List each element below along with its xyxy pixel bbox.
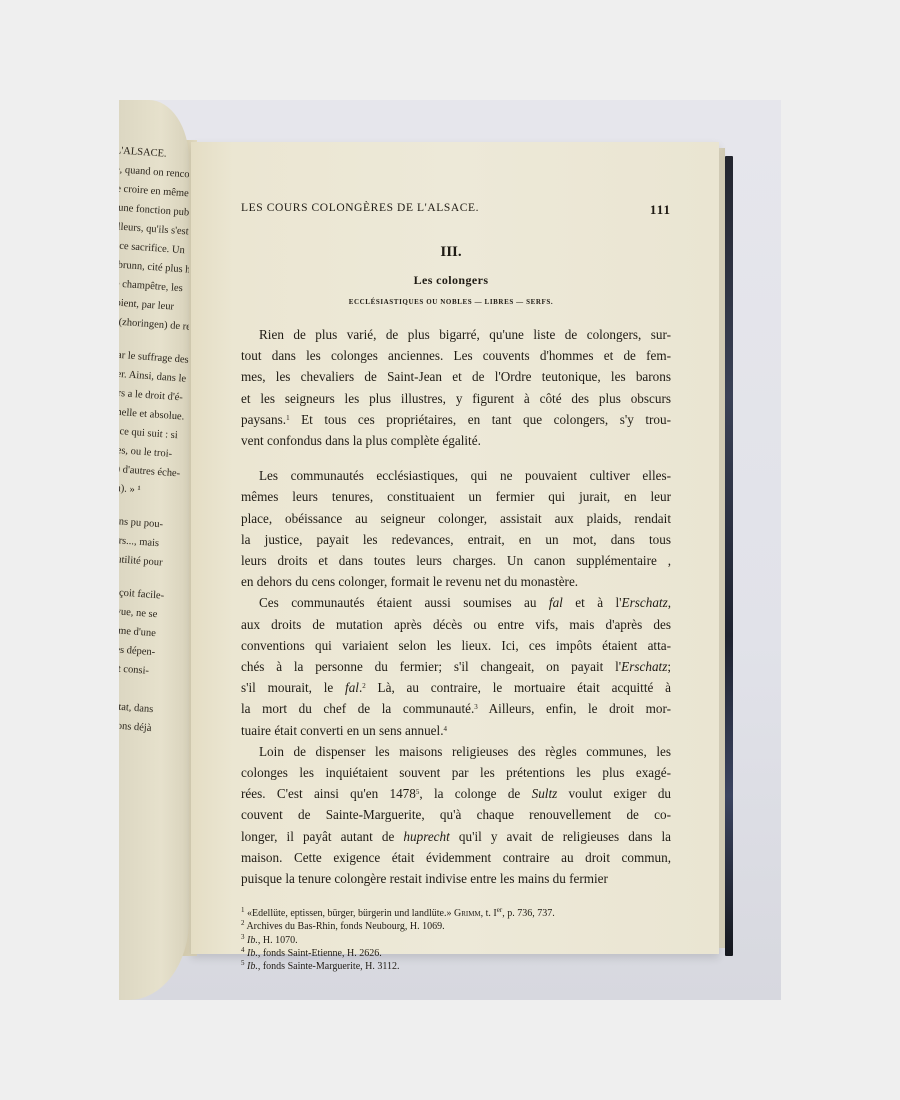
running-header: LES COURS COLONGÈRES DE L'ALSACE. 111 <box>241 202 671 218</box>
page-body: LES COURS COLONGÈRES DE L'ALSACE. 111 II… <box>241 202 671 973</box>
book-photo: DE L'ALSACE.tisme, quand on rencontre le… <box>119 100 781 1000</box>
text-line: conventions qui variaient selon les lieu… <box>241 635 671 656</box>
text-line: paysans.1 Et tous ces propriétaires, en … <box>241 409 671 430</box>
footnote: 4 Ib., fonds Saint-Etienne, H. 2626. <box>241 947 671 960</box>
text-line: colonges les inquiétaient souvent par le… <box>241 762 671 783</box>
paragraph: Ces communautés étaient aussi soumises a… <box>241 592 671 740</box>
page-number: 111 <box>650 202 671 218</box>
footnotes: 1 «Edellüte, eptissen, bürger, bürgerin … <box>241 907 671 973</box>
text-line: Les communautés ecclésiastiques, qui ne … <box>241 465 671 486</box>
footnote: 1 «Edellüte, eptissen, bürger, bürgerin … <box>241 907 671 920</box>
text-line: aux droits de mutation après décès ou en… <box>241 614 671 635</box>
section-title: Les colongers <box>241 273 671 288</box>
text-line: s'il mourait, le fal.2 Là, au contraire,… <box>241 677 671 698</box>
right-page: LES COURS COLONGÈRES DE L'ALSACE. 111 II… <box>191 142 719 954</box>
paragraph: Loin de dispenser les maisons religieuse… <box>241 741 671 889</box>
text-line: couvent de Sainte-Marguerite, qu'à chaqu… <box>241 804 671 825</box>
text-line: leurs droits et dans toutes leurs charge… <box>241 550 671 571</box>
text-line: mes, les chevaliers de Saint-Jean et de … <box>241 366 671 387</box>
body-text: Rien de plus varié, de plus bigarré, qu'… <box>241 324 671 889</box>
footnote: 5 Ib., fonds Sainte-Marguerite, H. 3112. <box>241 960 671 973</box>
running-head: LES COURS COLONGÈRES DE L'ALSACE. <box>241 202 479 218</box>
text-line: longer, il payât autant de huprecht qu'i… <box>241 826 671 847</box>
text-line: la mort du chef de la communauté.3 Aille… <box>241 698 671 719</box>
text-line: en dehors du cens colonger, formait le r… <box>241 571 671 592</box>
text-line: chés à la personne du fermier; s'il chan… <box>241 656 671 677</box>
text-line: la justice, payait les redevances, entra… <box>241 529 671 550</box>
text-line: Ces communautés étaient aussi soumises a… <box>241 592 671 613</box>
text-line: mêmes leurs tenures, constituaient un fe… <box>241 486 671 507</box>
book-cover-edge <box>725 156 733 956</box>
left-page: DE L'ALSACE.tisme, quand on rencontre le… <box>119 100 189 1000</box>
paragraph: Rien de plus varié, de plus bigarré, qu'… <box>241 324 671 451</box>
footnote: 2 Archives du Bas-Rhin, fonds Neubourg, … <box>241 920 671 933</box>
text-line: place, obéissance au seigneur colonger, … <box>241 508 671 529</box>
text-line: puisque la tenure colongère restait indi… <box>241 868 671 889</box>
text-line: Rien de plus varié, de plus bigarré, qu'… <box>241 324 671 345</box>
footnote: 3 Ib., H. 1070. <box>241 934 671 947</box>
left-page-text: DE L'ALSACE.tisme, quand on rencontre le… <box>119 140 189 739</box>
text-line: tout dans les colonges anciennes. Les co… <box>241 345 671 366</box>
text-line: vent confondus dans la plus complète éga… <box>241 430 671 451</box>
section-subtitle: ECCLÉSIASTIQUES OU NOBLES — LIBRES — SER… <box>241 298 671 306</box>
text-line: rées. C'est ainsi qu'en 14785, la colong… <box>241 783 671 804</box>
text-line: maison. Cette exigence était évidemment … <box>241 847 671 868</box>
paragraph: Les communautés ecclésiastiques, qui ne … <box>241 465 671 592</box>
text-line: Loin de dispenser les maisons religieuse… <box>241 741 671 762</box>
chapter-number: III. <box>241 244 671 261</box>
text-line: et les seigneurs les plus illustres, y f… <box>241 388 671 409</box>
text-line: tuaire était converti en un sens annuel.… <box>241 720 671 741</box>
